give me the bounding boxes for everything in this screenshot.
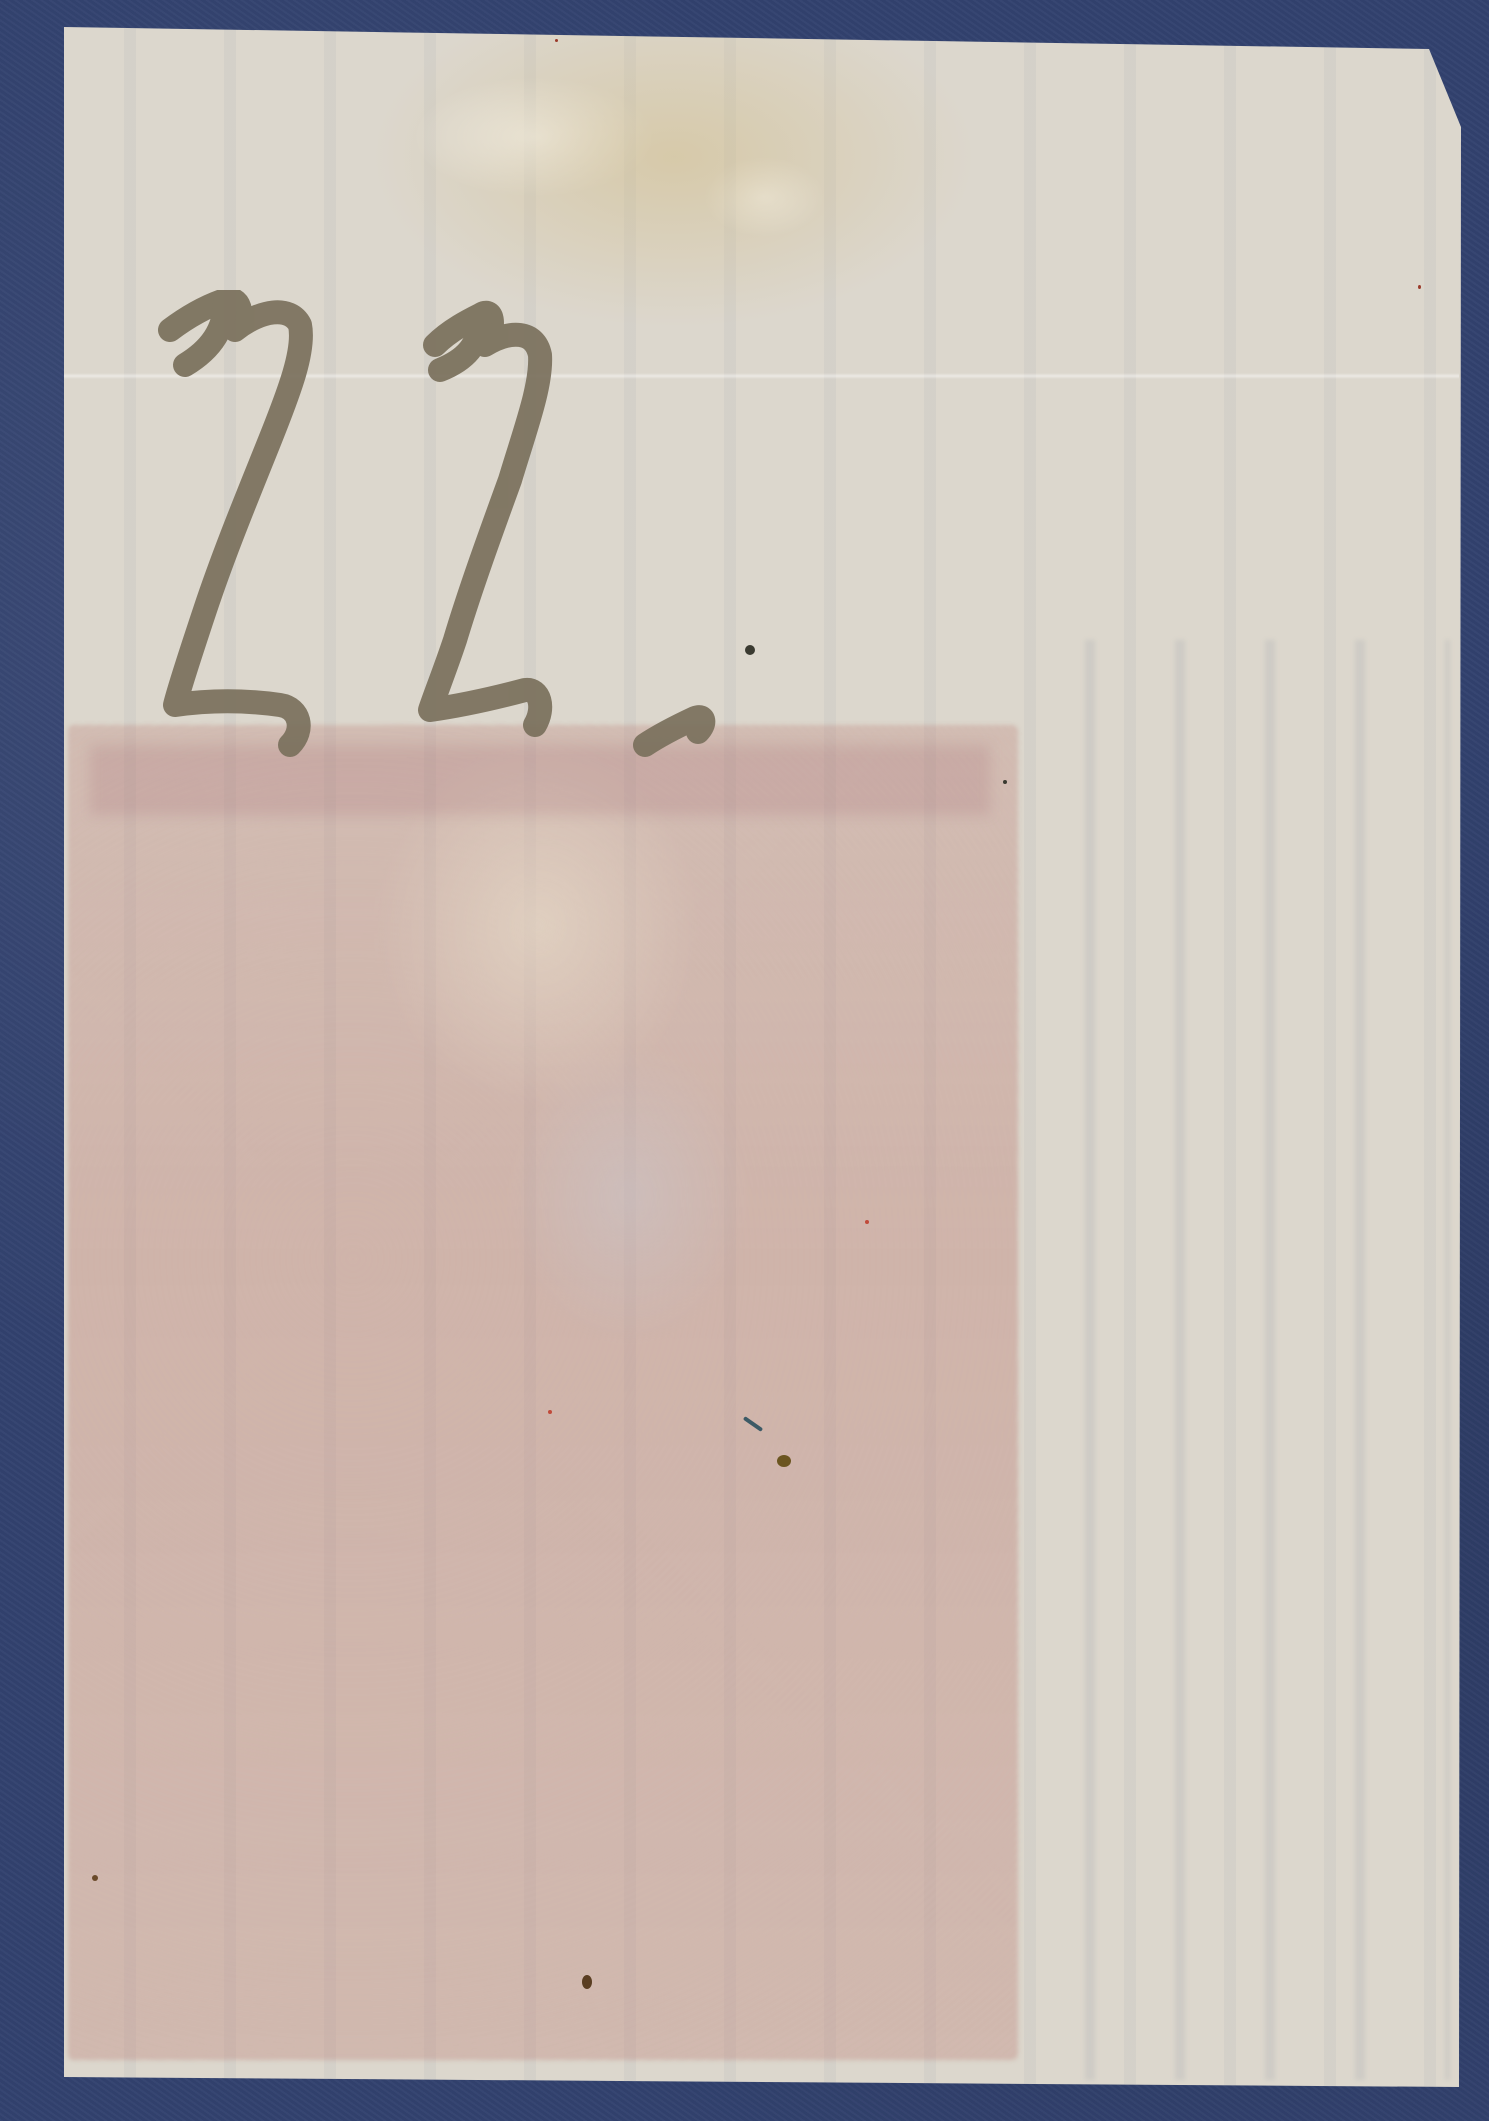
- red-speck: [1418, 285, 1421, 289]
- handwritten-number: 22.: [150, 290, 970, 770]
- red-speck: [548, 1410, 552, 1414]
- stamp-design-showthrough: [68, 725, 1018, 2060]
- handwriting-ink-icon: [150, 290, 970, 770]
- ruled-line-showthrough: [1030, 640, 1450, 2080]
- debris-speck: [582, 1975, 592, 1989]
- red-speck: [555, 39, 558, 42]
- debris-speck: [92, 1875, 98, 1881]
- ink-dot-icon: [745, 645, 755, 655]
- ink-speck: [1003, 780, 1007, 784]
- red-speck: [865, 1220, 869, 1224]
- debris-speck: [777, 1455, 791, 1467]
